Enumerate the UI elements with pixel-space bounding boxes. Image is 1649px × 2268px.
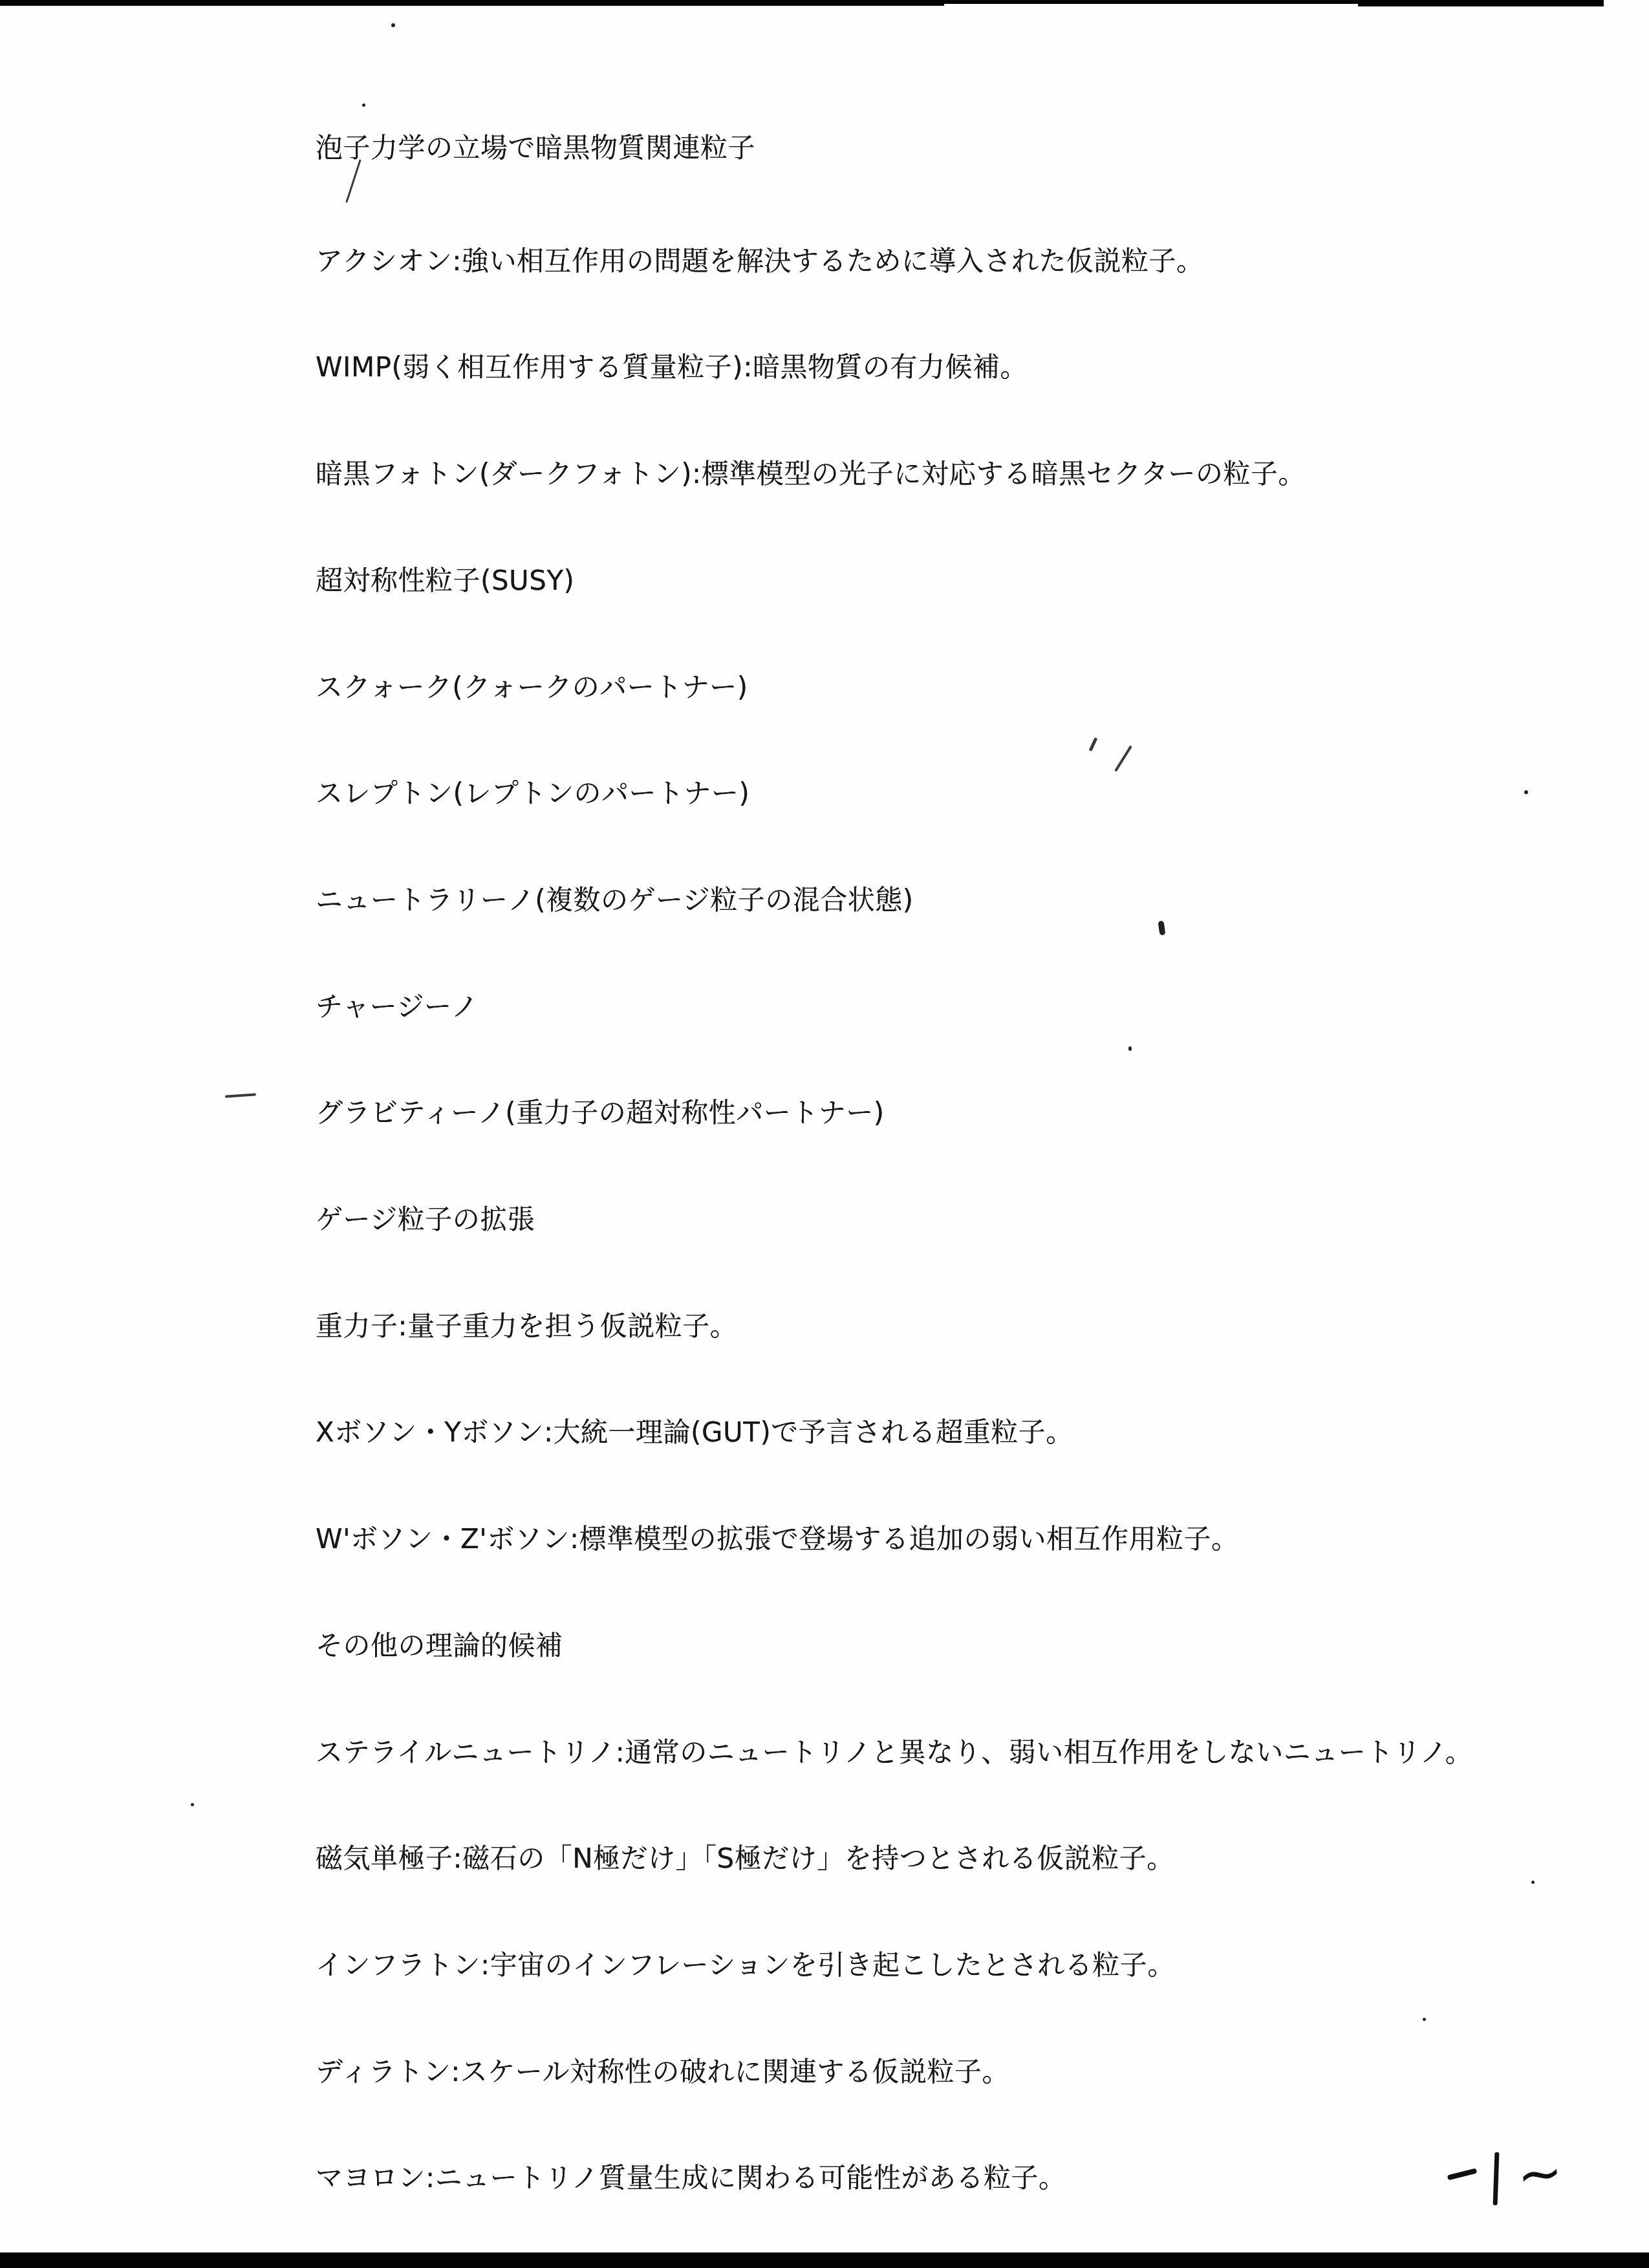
document-text-line: WIMP(弱く相互作用する質量粒子):暗黒物質の有力候補。 <box>316 351 1028 384</box>
document-text-line: マヨロン:ニュートリノ質量生成に関わる可能性がある粒子。 <box>316 2161 1066 2195</box>
document-text-line: スクォーク(クォークのパートナー) <box>316 671 748 704</box>
document-text-line: ディラトン:スケール対称性の破れに関連する仮説粒子。 <box>316 2055 1009 2089</box>
document-text-line: ステライルニュートリノ:通常のニュートリノと異なり、弱い相互作用をしないニュート… <box>316 1736 1472 1769</box>
document-text-line: ニュートラリーノ(複数のゲージ粒子の混合状態) <box>316 883 914 917</box>
document-text-line: インフラトン:宇宙のインフレーションを引き起こしたとされる粒子。 <box>316 1949 1175 1982</box>
document-text-line: W'ボソン・Z'ボソン:標準模型の拡張で登場する追加の弱い相互作用粒子。 <box>316 1522 1239 1556</box>
document-text-line: チャージーノ <box>316 990 479 1024</box>
scanned-page: 泡子力学の立場で暗黒物質関連粒子アクシオン:強い相互作用の問題を解決するために導… <box>0 0 1649 2268</box>
document-text-line: その他の理論的候補 <box>316 1629 563 1663</box>
document-text-line: スレプトン(レプトンのパートナー) <box>316 777 749 810</box>
document-text-line: Xボソン・Yボソン:大統一理論(GUT)で予言される超重粒子。 <box>316 1416 1073 1449</box>
document-text-line: 暗黒フォトン(ダークフォトン):標準模型の光子に対応する暗黒セクターの粒子。 <box>316 457 1306 491</box>
document-text-line: アクシオン:強い相互作用の問題を解決するために導入された仮説粒子。 <box>316 244 1203 278</box>
document-text-line: 超対称性粒子(SUSY) <box>316 564 575 598</box>
document-text-line: ゲージ粒子の拡張 <box>316 1203 535 1237</box>
document-text: 泡子力学の立場で暗黒物質関連粒子アクシオン:強い相互作用の問題を解決するために導… <box>0 0 1649 2268</box>
document-text-line: 重力子:量子重力を担う仮説粒子。 <box>316 1310 737 1343</box>
page-number-right-dash: ~ <box>1514 2140 1566 2208</box>
document-title-line: 泡子力学の立場で暗黒物質関連粒子 <box>316 131 755 165</box>
document-text-line: 磁気単極子:磁石の「N極だけ」「S極だけ」を持つとされる仮説粒子。 <box>316 1842 1174 1875</box>
document-text-line: グラビティーノ(重力子の超対称性パートナー) <box>316 1096 885 1130</box>
